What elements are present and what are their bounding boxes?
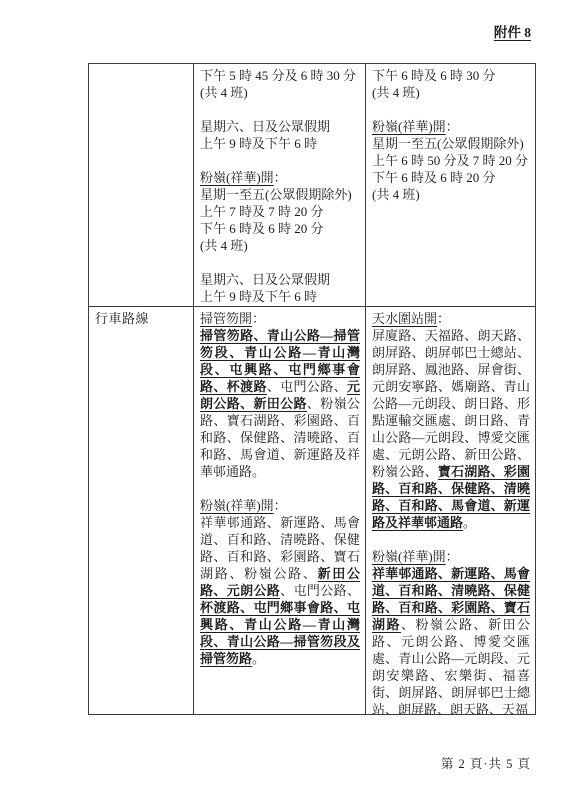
table-row: 行車路線 掃管笏開：掃管笏路、青山公路—掃管笏段、青山公路—青山灣段、屯興路、屯… (89, 307, 536, 715)
row1-label (95, 67, 188, 306)
row1-right-schedule: 下午 6 時及 6 時 30 分(共 4 班) 粉嶺(祥華)開：星期一至五(公眾… (372, 67, 530, 306)
row2-middle-cell: 掃管笏開：掃管笏路、青山公路—掃管笏段、青山公路—青山灣段、屯興路、屯門鄉事會路… (194, 307, 366, 715)
page-number: 第 2 頁·共 5 頁 (441, 754, 531, 772)
row1-middle-cell: 下午 5 時 45 分及 6 時 30 分(共 4 班) 星期六、日及公眾假期上… (194, 64, 366, 307)
row2-label-cell: 行車路線 (89, 307, 194, 715)
table-row: 下午 5 時 45 分及 6 時 30 分(共 4 班) 星期六、日及公眾假期上… (89, 64, 536, 307)
row2-label: 行車路線 (95, 310, 188, 714)
row1-label-cell (89, 64, 194, 307)
row2-right-cell: 天水圍站開：屏廈路、天福路、朗天路、朗屏路、朗屏邨巴士總站、朗屏路、鳳池路、屏會… (366, 307, 536, 715)
route-schedule-table: 下午 5 時 45 分及 6 時 30 分(共 4 班) 星期六、日及公眾假期上… (88, 63, 536, 715)
row2-middle-routes: 掃管笏開：掃管笏路、青山公路—掃管笏段、青山公路—青山灣段、屯興路、屯門鄉事會路… (200, 310, 360, 714)
row2-right-routes: 天水圍站開：屏廈路、天福路、朗天路、朗屏路、朗屏邨巴士總站、朗屏路、鳳池路、屏會… (372, 310, 530, 714)
row1-middle-schedule: 下午 5 時 45 分及 6 時 30 分(共 4 班) 星期六、日及公眾假期上… (200, 67, 360, 306)
appendix-label: 附件 8 (494, 21, 531, 41)
row1-right-cell: 下午 6 時及 6 時 30 分(共 4 班) 粉嶺(祥華)開：星期一至五(公眾… (366, 64, 536, 307)
